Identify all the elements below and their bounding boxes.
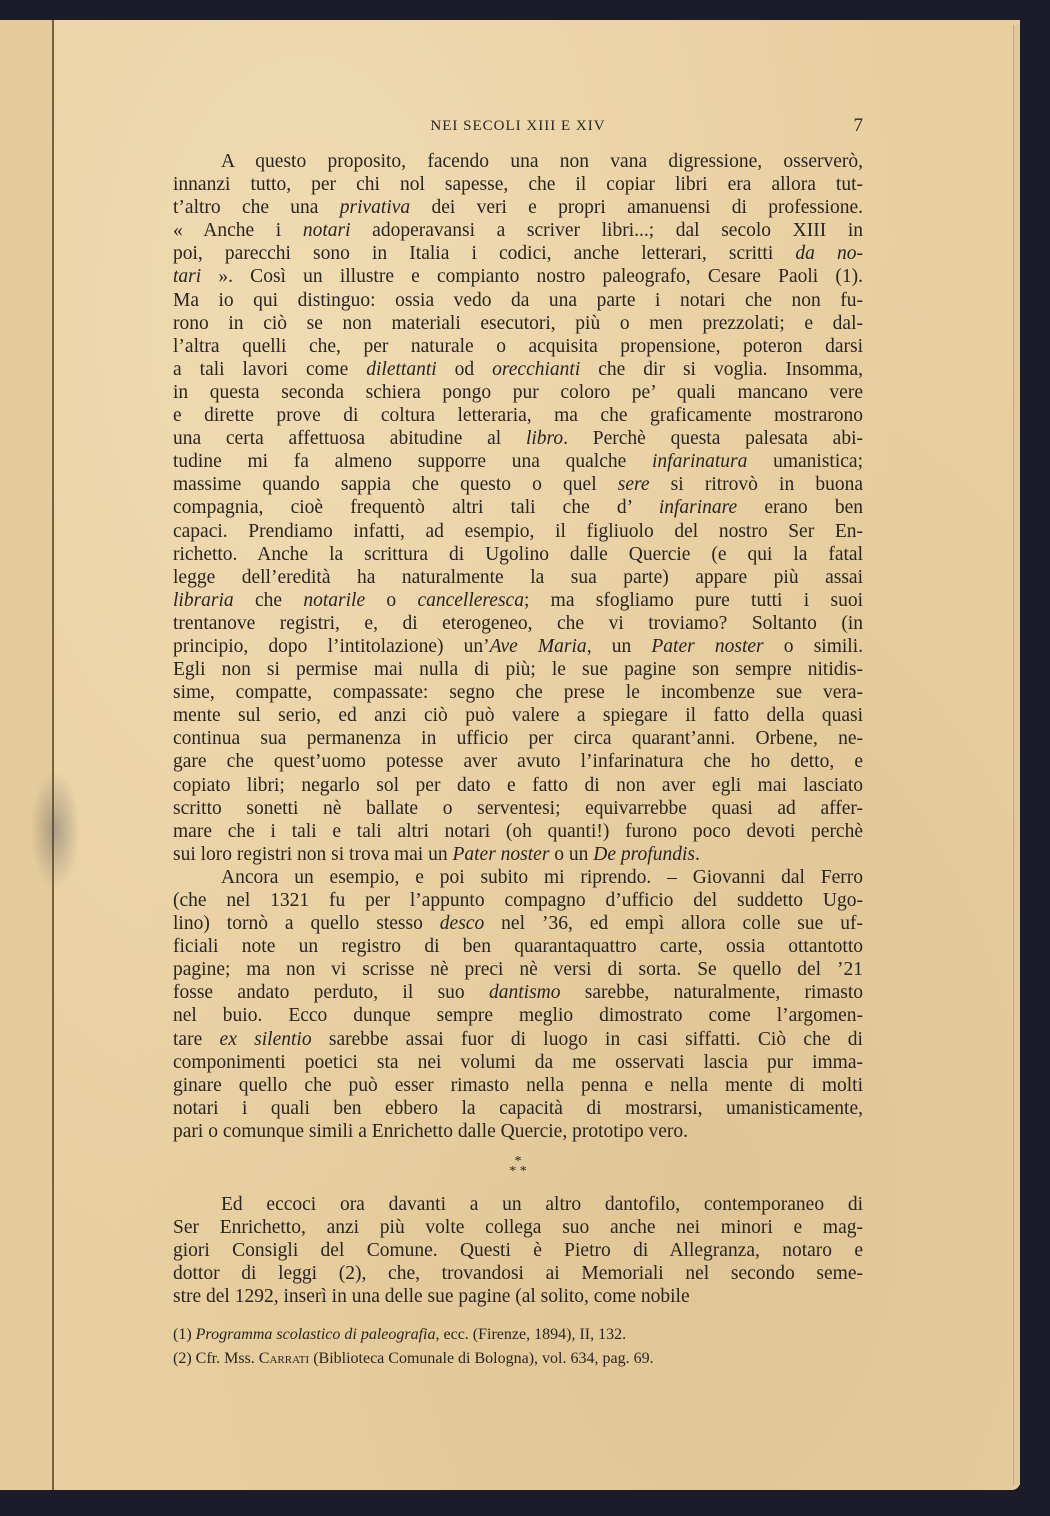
italic-term: libraria	[173, 590, 234, 611]
italic-term: notarile	[303, 590, 365, 611]
italic-term: sere	[618, 474, 650, 495]
italic-term: dilettanti	[366, 359, 436, 380]
text-line: capaci. Prendiamo infatti, ad esempio, i…	[173, 520, 863, 543]
text-line: stre del 1292, inserì in una delle sue p…	[173, 1285, 863, 1308]
page-stack-edge	[1013, 25, 1020, 1485]
text-line: dottor di leggi (2), che, trovandosi ai …	[173, 1262, 863, 1285]
italic-term: privativa	[340, 197, 410, 218]
paragraph: Ancora un esempio, e poi subito mi ripre…	[173, 866, 863, 1143]
text-line: A questo proposito, facendo una non vana…	[173, 150, 863, 173]
text-line: in questa seconda schiera pongo pur colo…	[173, 381, 863, 404]
text-line: una certa affettuosa abitudine al libro.…	[173, 427, 863, 450]
paragraph: Ed eccoci ora davanti a un altro dantofi…	[173, 1193, 863, 1308]
italic-term: dantismo	[489, 982, 561, 1003]
text-line: innanzi tutto, per chi nol sapesse, che …	[173, 173, 863, 196]
text-line: nel buio. Ecco dunque sempre meglio dimo…	[173, 1004, 863, 1027]
asterism-bottom-stars: * *	[173, 1167, 863, 1177]
text-line: Ser Enrichetto, anzi più volte collega s…	[173, 1216, 863, 1239]
text-line: Egli non si permise mai nulla di più; le…	[173, 658, 863, 681]
small-caps-name: Carrati	[259, 1350, 309, 1367]
italic-term: da no-	[795, 243, 863, 264]
body-text: A questo proposito, facendo una non vana…	[173, 150, 863, 1309]
text-line: l’altra quelli che, per naturale o acqui…	[173, 335, 863, 358]
page-fold-line	[52, 20, 54, 1490]
paragraph: A questo proposito, facendo una non vana…	[173, 150, 863, 866]
italic-term: cancelleresca	[417, 590, 523, 611]
text-line: rono in ciò se non materiali esecutori, …	[173, 312, 863, 335]
italic-term: Programma scolastico di paleografia	[196, 1326, 436, 1343]
italic-term: infarinatura	[652, 451, 747, 472]
footnote-2: (2) Cfr. Mss. Carrati (Biblioteca Comuna…	[173, 1347, 863, 1371]
text-line: richetto. Anche la scrittura di Ugolino …	[173, 543, 863, 566]
text-line: ficiali note un registro di ben quaranta…	[173, 935, 863, 958]
asterism-divider: * * *	[173, 1157, 863, 1177]
text-line: trentanove registri, e, di eterogeneo, c…	[173, 612, 863, 635]
text-line: scritto sonetti nè ballate o serventesi;…	[173, 797, 863, 820]
italic-term: Ave Maria	[490, 636, 587, 657]
text-line: pari o comunque simili a Enrichetto dall…	[173, 1120, 863, 1143]
text-line: e dirette prove di coltura letteraria, m…	[173, 404, 863, 427]
text-line: « Anche i notari adoperavansi a scriver …	[173, 219, 863, 242]
text-line: mente sul serio, ed anzi ciò può valere …	[173, 704, 863, 727]
page-number: 7	[854, 115, 864, 137]
text-line: libraria che notarile o cancelleresca; m…	[173, 589, 863, 612]
text-line: (che nel 1321 fu per l’appunto compagno …	[173, 889, 863, 912]
italic-term: De profundis	[593, 844, 695, 865]
italic-term: orecchianti	[492, 359, 580, 380]
ink-stain	[30, 770, 80, 890]
text-line: poi, parecchi sono in Italia i codici, a…	[173, 242, 863, 265]
running-head: NEI SECOLI XIII E XIV	[173, 118, 863, 135]
text-line: sime, compatte, compassate: segno che pr…	[173, 681, 863, 704]
text-line: compagnia, cioè frequentò altri tali che…	[173, 496, 863, 519]
italic-term: ex silentio	[220, 1029, 312, 1050]
text-line: mare che i tali e tali altri notari (oh …	[173, 820, 863, 843]
text-line: tari ». Così un illustre e compianto nos…	[173, 265, 863, 288]
italic-term: tari	[173, 266, 201, 287]
previous-page-edge	[0, 20, 52, 1490]
text-line: lino) tornò a quello stesso desco nel ’3…	[173, 912, 863, 935]
text-line: tare ex silentio sarebbe assai fuor di l…	[173, 1028, 863, 1051]
text-line: Ed eccoci ora davanti a un altro dantofi…	[173, 1193, 863, 1216]
text-line: giori Consigli del Comune. Questi è Piet…	[173, 1239, 863, 1262]
text-line: continua sua permanenza in ufficio per c…	[173, 727, 863, 750]
text-line: sui loro registri non si trova mai un Pa…	[173, 843, 863, 866]
text-line: t’altro che una privativa dei veri e pro…	[173, 196, 863, 219]
text-line: notari i quali ben ebbero la capacità di…	[173, 1097, 863, 1120]
text-line: massime quando sappia che questo o quel …	[173, 473, 863, 496]
italic-term: Pater noster	[651, 636, 763, 657]
text-line: ginare quello che può esser rimasto nell…	[173, 1074, 863, 1097]
italic-term: libro	[526, 428, 563, 449]
text-line: pagine; ma non vi scrisse nè preci nè ve…	[173, 958, 863, 981]
italic-term: desco	[440, 913, 484, 934]
footnote-marker: (1)	[173, 1326, 196, 1343]
footnotes: (1) Programma scolastico di paleografia,…	[173, 1323, 863, 1371]
text-line: Ancora un esempio, e poi subito mi ripre…	[173, 866, 863, 889]
text-line: a tali lavori come dilettanti od orecchi…	[173, 358, 863, 381]
book-page: NEI SECOLI XIII E XIV 7 A questo proposi…	[0, 20, 1020, 1490]
text-line: fosse andato perduto, il suo dantismo sa…	[173, 981, 863, 1004]
text-line: componimenti poetici sta nei volumi da m…	[173, 1051, 863, 1074]
italic-term: notari	[303, 220, 351, 241]
footnote-marker: (2)	[173, 1350, 196, 1367]
italic-term: Pater noster	[452, 844, 549, 865]
italic-term: infarinare	[659, 497, 737, 518]
text-line: gare che quest’uomo potesse aver avuto l…	[173, 750, 863, 773]
text-line: principio, dopo l’intitolazione) un’Ave …	[173, 635, 863, 658]
text-line: copiato libri; negarlo sol per dato e fa…	[173, 774, 863, 797]
footnote-1: (1) Programma scolastico di paleografia,…	[173, 1323, 863, 1347]
text-line: legge dell’eredità ha naturalmente la su…	[173, 566, 863, 589]
text-line: Ma io qui distinguo: ossia vedo da una p…	[173, 289, 863, 312]
text-line: tudine mi fa almeno supporre una qualche…	[173, 450, 863, 473]
